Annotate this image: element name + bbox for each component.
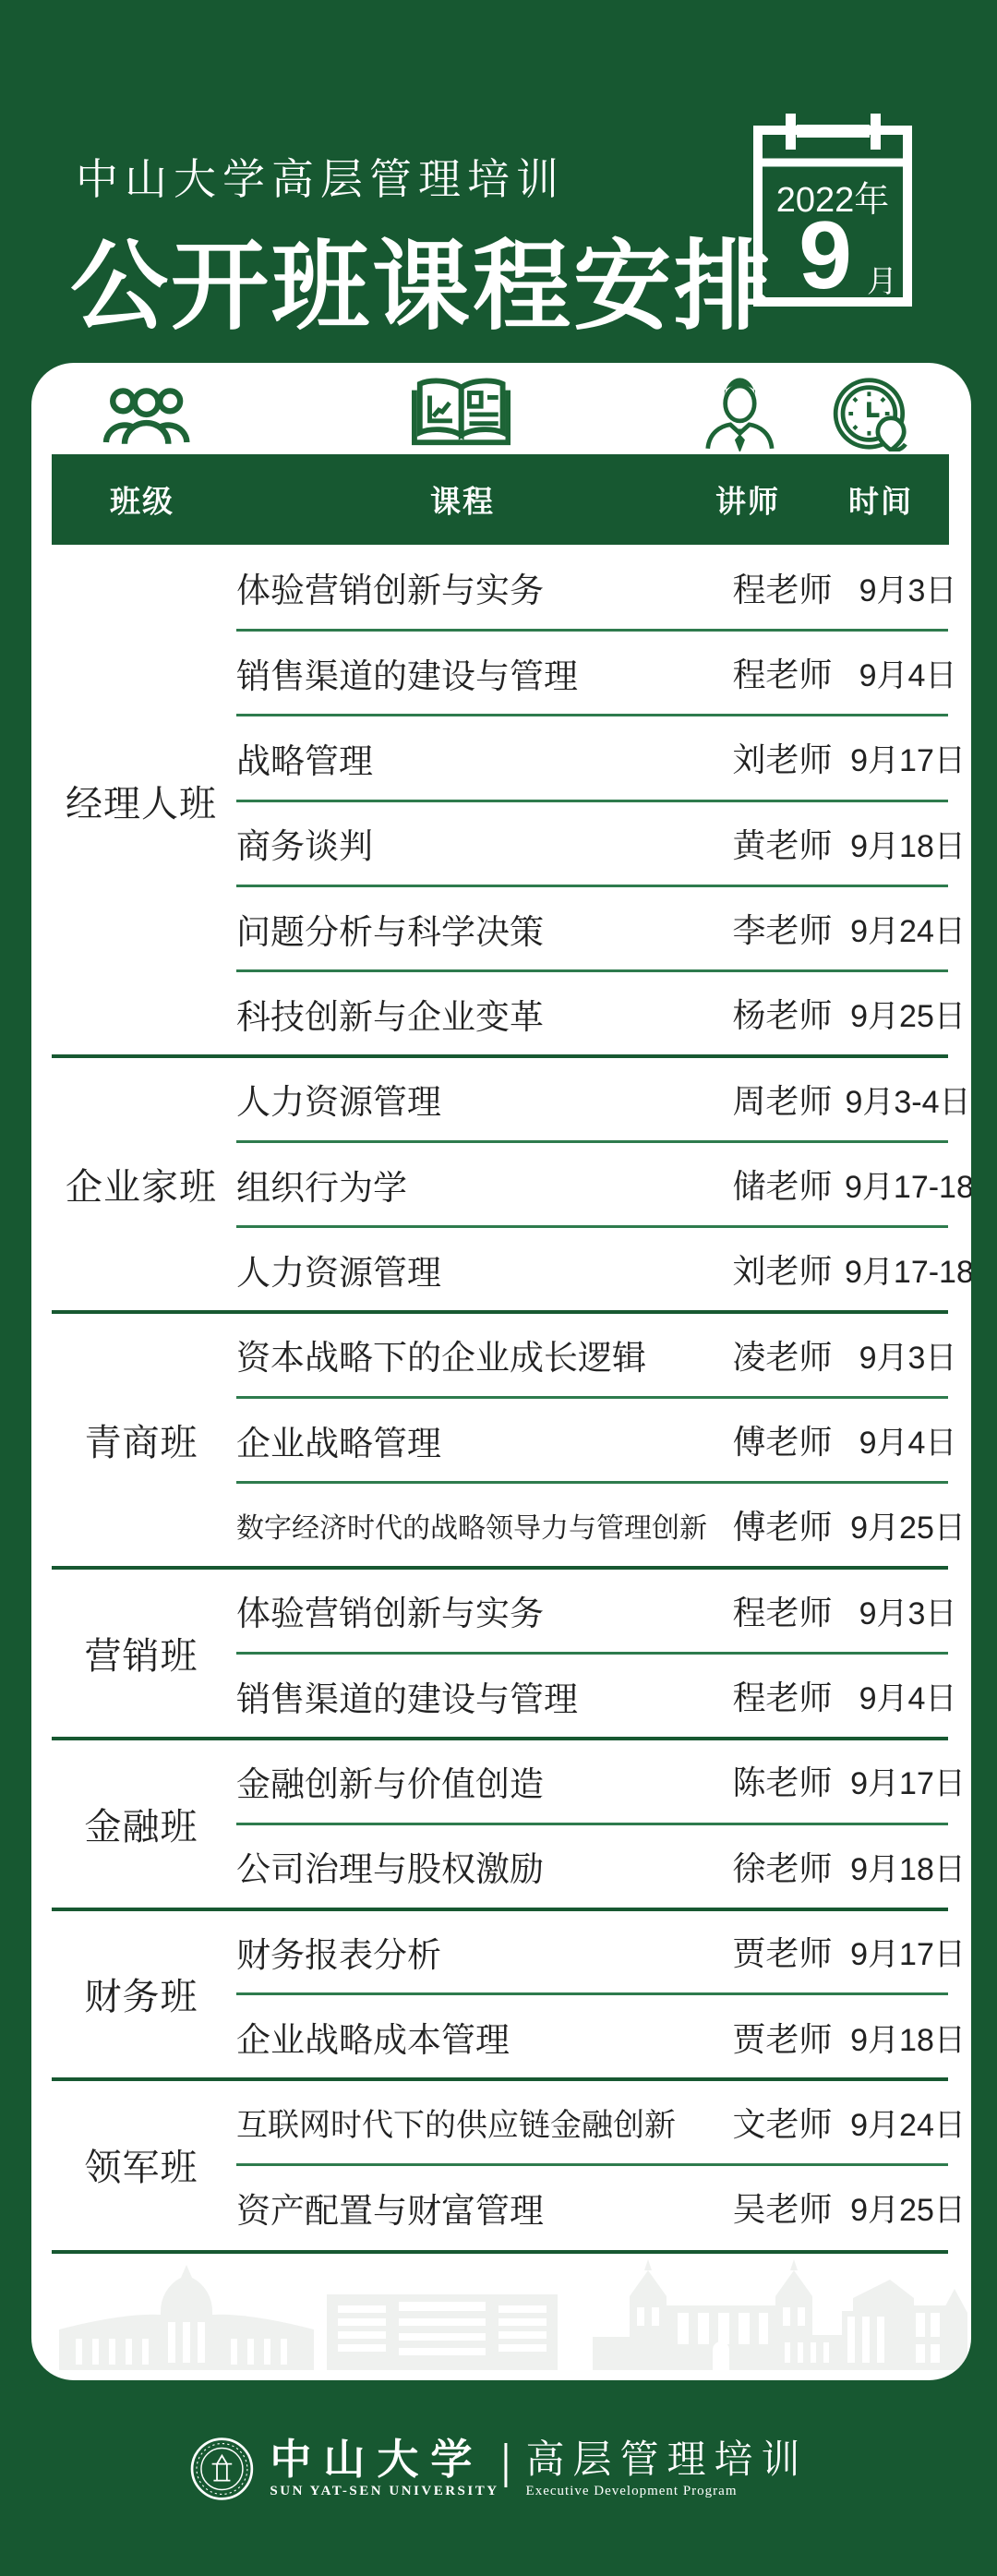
course-row: 人力资源管理周老师9月3-4日 — [236, 1056, 971, 1141]
table-end-line — [52, 2250, 948, 2254]
course-name: 企业战略成本管理 — [236, 2012, 720, 2062]
campus-buildings-illustration — [31, 2257, 971, 2373]
course-row: 销售渠道的建设与管理程老师9月4日 — [236, 1653, 971, 1738]
course-name: 科技创新与企业变革 — [236, 989, 720, 1039]
course-date: 9月25日 — [845, 991, 971, 1036]
course-date: 9月18日 — [845, 1844, 971, 1889]
class-cell: 企业家班 — [31, 1056, 236, 1312]
course-name: 数字经济时代的战略领导力与管理创新 — [236, 1505, 720, 1546]
course-row: 体验营销创新与实务程老师9月3日 — [236, 545, 971, 630]
course-table: 经理人班体验营销创新与实务程老师9月3日销售渠道的建设与管理程老师9月4日战略管… — [31, 545, 971, 2254]
teacher-name: 徐老师 — [720, 1843, 845, 1890]
university-name-cn: 中山大学 — [270, 2438, 498, 2482]
course-row: 人力资源管理刘老师9月17-18日 — [236, 1227, 971, 1312]
calendar-month-unit: 月 — [867, 264, 897, 298]
course-date: 9月25日 — [845, 2185, 971, 2230]
course-date: 9月17-18日 — [845, 1246, 971, 1292]
course-rows: 财务报表分析贾老师9月17日企业战略成本管理贾老师9月18日 — [236, 1909, 971, 2080]
teacher-name: 程老师 — [720, 1672, 845, 1719]
clock-icon — [833, 376, 911, 451]
calendar-month-number: 9 — [799, 202, 852, 309]
column-header-course: 课程 — [430, 478, 495, 522]
teacher-name: 贾老师 — [720, 1928, 845, 1975]
course-row: 资产配置与财富管理吴老师9月25日 — [236, 2165, 971, 2250]
class-group: 经理人班体验营销创新与实务程老师9月3日销售渠道的建设与管理程老师9月4日战略管… — [31, 545, 971, 1056]
class-name: 企业家班 — [66, 1158, 217, 1210]
course-row: 数字经济时代的战略领导力与管理创新傅老师9月25日 — [236, 1483, 971, 1568]
class-cell: 青商班 — [31, 1312, 236, 1568]
teacher-name: 陈老师 — [720, 1757, 845, 1804]
course-date: 9月25日 — [845, 1502, 971, 1547]
course-name: 资本战略下的企业成长逻辑 — [236, 1330, 720, 1379]
class-name: 营销班 — [85, 1627, 198, 1679]
university-name-block: 中山大学 SUN YAT-SEN UNIVERSITY — [270, 2438, 498, 2499]
program-name-en: Executive Development Program — [526, 2484, 809, 2499]
class-name: 财务班 — [85, 1968, 198, 2020]
class-name: 青商班 — [85, 1414, 198, 1466]
class-name: 经理人班 — [66, 775, 217, 827]
university-seal-logo — [188, 2436, 255, 2502]
class-group: 金融班金融创新与价值创造陈老师9月17日公司治理与股权激励徐老师9月18日 — [31, 1739, 971, 1909]
course-rows: 体验营销创新与实务程老师9月3日销售渠道的建设与管理程老师9月4日 — [236, 1568, 971, 1739]
class-group: 财务班财务报表分析贾老师9月17日企业战略成本管理贾老师9月18日 — [31, 1909, 971, 2080]
teacher-name: 李老师 — [720, 905, 845, 952]
course-date: 9月24日 — [845, 906, 971, 951]
course-date: 9月3-4日 — [845, 1077, 971, 1122]
course-date: 9月17日 — [845, 1758, 971, 1803]
course-rows: 互联网时代下的供应链金融创新文老师9月24日资产配置与财富管理吴老师9月25日 — [236, 2079, 971, 2250]
class-cell: 经理人班 — [31, 545, 236, 1056]
teacher-icon — [703, 376, 776, 451]
teacher-name: 凌老师 — [720, 1331, 845, 1378]
course-date: 9月24日 — [845, 2100, 971, 2145]
course-name: 销售渠道的建设与管理 — [236, 1671, 720, 1721]
course-name: 体验营销创新与实务 — [236, 1585, 720, 1635]
people-group-icon — [96, 376, 197, 451]
table-header-bar: 班级 课程 讲师 时间 — [52, 454, 949, 545]
class-cell: 营销班 — [31, 1568, 236, 1739]
class-cell: 财务班 — [31, 1909, 236, 2080]
course-row: 企业战略管理傅老师9月4日 — [236, 1397, 971, 1482]
course-date: 9月4日 — [845, 1673, 971, 1718]
open-book-icon — [412, 376, 511, 451]
course-date: 9月17日 — [845, 735, 971, 780]
course-rows: 体验营销创新与实务程老师9月3日销售渠道的建设与管理程老师9月4日战略管理刘老师… — [236, 545, 971, 1056]
course-name: 销售渠道的建设与管理 — [236, 648, 720, 698]
course-date: 9月4日 — [845, 1417, 971, 1463]
class-cell: 领军班 — [31, 2079, 236, 2250]
teacher-name: 刘老师 — [720, 734, 845, 781]
course-name: 体验营销创新与实务 — [236, 562, 720, 612]
schedule-card: 班级 课程 讲师 时间 经理人班体验营销创新与实务程老师9月3日销售渠道的建设与… — [31, 363, 971, 2380]
course-name: 问题分析与科学决策 — [236, 904, 720, 954]
teacher-name: 黄老师 — [720, 820, 845, 867]
course-date: 9月17日 — [845, 1929, 971, 1974]
course-row: 战略管理刘老师9月17日 — [236, 716, 971, 800]
teacher-name: 杨老师 — [720, 990, 845, 1037]
course-row: 组织行为学储老师9月17-18日 — [236, 1141, 971, 1226]
course-date: 9月17-18日 — [845, 1162, 971, 1207]
course-row: 问题分析与科学决策李老师9月24日 — [236, 885, 971, 970]
course-name: 企业战略管理 — [236, 1415, 720, 1465]
course-row: 公司治理与股权激励徐老师9月18日 — [236, 1824, 971, 1908]
footer-divider — [505, 2443, 508, 2487]
class-cell: 金融班 — [31, 1739, 236, 1909]
calendar-icon: 2022年 9 月 — [744, 105, 921, 316]
course-date: 9月18日 — [845, 2015, 971, 2060]
class-group: 企业家班人力资源管理周老师9月3-4日组织行为学储老师9月17-18日人力资源管… — [31, 1056, 971, 1312]
course-row: 互联网时代下的供应链金融创新文老师9月24日 — [236, 2079, 971, 2164]
course-rows: 金融创新与价值创造陈老师9月17日公司治理与股权激励徐老师9月18日 — [236, 1739, 971, 1909]
teacher-name: 傅老师 — [720, 1416, 845, 1463]
teacher-name: 贾老师 — [720, 2014, 845, 2061]
course-row: 科技创新与企业变革杨老师9月25日 — [236, 971, 971, 1056]
course-name: 人力资源管理 — [236, 1245, 720, 1294]
course-date: 9月4日 — [845, 650, 971, 695]
course-row: 金融创新与价值创造陈老师9月17日 — [236, 1739, 971, 1824]
program-name-cn: 高层管理培训 — [526, 2438, 809, 2481]
course-name: 财务报表分析 — [236, 1927, 720, 1977]
page-title: 公开班课程安排 — [70, 209, 775, 349]
course-name: 金融创新与价值创造 — [236, 1756, 720, 1806]
column-header-time: 时间 — [848, 478, 913, 522]
class-name: 金融班 — [85, 1798, 198, 1850]
course-row: 销售渠道的建设与管理程老师9月4日 — [236, 630, 971, 715]
course-date: 9月3日 — [845, 1332, 971, 1378]
class-group: 领军班互联网时代下的供应链金融创新文老师9月24日资产配置与财富管理吴老师9月2… — [31, 2079, 971, 2250]
teacher-name: 程老师 — [720, 1587, 845, 1634]
teacher-name: 储老师 — [720, 1161, 845, 1208]
course-row: 商务谈判黄老师9月18日 — [236, 800, 971, 885]
class-group: 营销班体验营销创新与实务程老师9月3日销售渠道的建设与管理程老师9月4日 — [31, 1568, 971, 1739]
teacher-name: 程老师 — [720, 649, 845, 696]
course-row: 财务报表分析贾老师9月17日 — [236, 1909, 971, 1994]
teacher-name: 吴老师 — [720, 2184, 845, 2231]
course-rows: 人力资源管理周老师9月3-4日组织行为学储老师9月17-18日人力资源管理刘老师… — [236, 1056, 971, 1312]
teacher-name: 程老师 — [720, 564, 845, 611]
course-row: 体验营销创新与实务程老师9月3日 — [236, 1568, 971, 1653]
teacher-name: 傅老师 — [720, 1501, 845, 1548]
course-name: 人力资源管理 — [236, 1074, 720, 1124]
footer: 中山大学 SUN YAT-SEN UNIVERSITY 高层管理培训 Execu… — [188, 2436, 808, 2502]
course-name: 公司治理与股权激励 — [236, 1841, 720, 1891]
course-name: 战略管理 — [236, 733, 720, 783]
course-rows: 资本战略下的企业成长逻辑凌老师9月3日企业战略管理傅老师9月4日数字经济时代的战… — [236, 1312, 971, 1568]
course-date: 9月18日 — [845, 821, 971, 866]
class-name: 领军班 — [85, 2138, 198, 2191]
column-header-teacher: 讲师 — [715, 478, 780, 522]
teacher-name: 文老师 — [720, 2099, 845, 2146]
course-name: 商务谈判 — [236, 818, 720, 868]
program-name-block: 高层管理培训 Executive Development Program — [526, 2438, 809, 2499]
program-subtitle: 中山大学高层管理培训 — [76, 146, 565, 207]
column-header-class: 班级 — [110, 478, 174, 522]
course-name: 资产配置与财富管理 — [236, 2183, 720, 2233]
course-row: 企业战略成本管理贾老师9月18日 — [236, 1994, 971, 2079]
teacher-name: 周老师 — [720, 1076, 845, 1123]
course-date: 9月3日 — [845, 1588, 971, 1633]
course-name: 组织行为学 — [236, 1160, 720, 1210]
university-name-en: SUN YAT-SEN UNIVERSITY — [270, 2484, 498, 2499]
class-group: 青商班资本战略下的企业成长逻辑凌老师9月3日企业战略管理傅老师9月4日数字经济时… — [31, 1312, 971, 1568]
course-date: 9月3日 — [845, 565, 971, 610]
course-name: 互联网时代下的供应链金融创新 — [236, 2100, 720, 2145]
course-row: 资本战略下的企业成长逻辑凌老师9月3日 — [236, 1312, 971, 1397]
teacher-name: 刘老师 — [720, 1246, 845, 1293]
